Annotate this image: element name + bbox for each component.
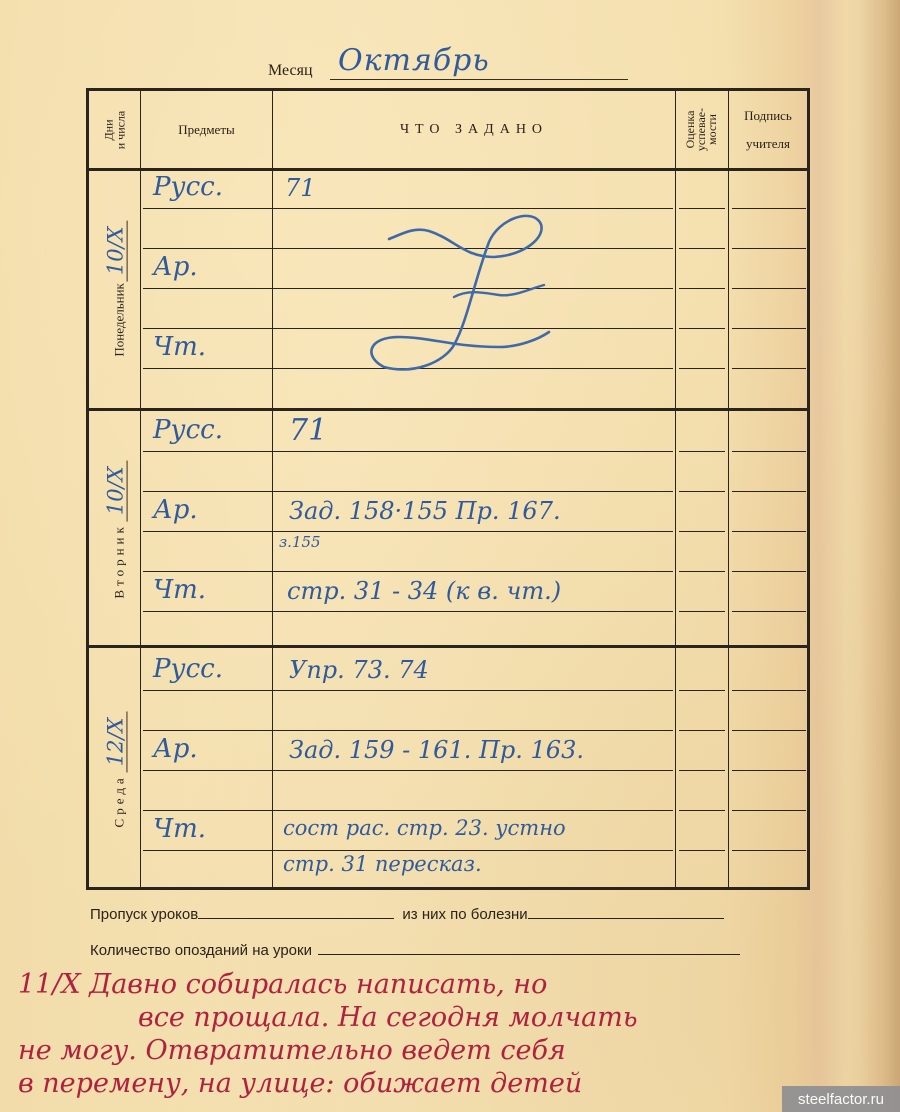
row-line (732, 288, 806, 289)
subject-russian: Русс. (153, 172, 223, 202)
row-line (679, 531, 725, 532)
header-days-line2: и числа (115, 110, 127, 149)
row-line (732, 248, 806, 249)
late-count-label: Количество опозданий на уроки (90, 942, 312, 959)
task-arithmetic: Зад. 159 - 161. Пр. 163. (289, 736, 584, 764)
row-line (732, 611, 806, 612)
row-line (679, 328, 725, 329)
day-block-wednesday: Среда 12/X Русс. Упр. 73. 74 Ар. Зад. 15… (89, 645, 807, 890)
subject-arithmetic: Ар. (153, 252, 198, 282)
missed-lessons-label: Пропуск уроков (90, 906, 198, 923)
strike-mark-icon (359, 197, 559, 377)
note-line-3: не могу. Отвратительно ведет себя (18, 1034, 898, 1067)
note-line-2: все прощала. На сегодня молчать (18, 1001, 898, 1034)
illness-field (528, 906, 724, 919)
row-line (143, 611, 673, 612)
subject-russian: Русс. (153, 415, 223, 445)
day-block-tuesday: Вторник 10/X Русс. 71 Ар. Зад. 158·155 П… (89, 408, 807, 648)
row-line (143, 690, 673, 691)
header-days: Дни и числа (89, 91, 140, 168)
header-subjects: Предметы (141, 91, 272, 168)
row-line (679, 248, 725, 249)
note-line-4: в перемену, на улице: обижает детей (18, 1067, 898, 1100)
day-name: Среда (112, 774, 128, 827)
row-line (143, 571, 673, 572)
month-value: Октябрь (338, 43, 490, 78)
task-reading-line2: стр. 31 пересказ. (283, 852, 482, 876)
row-line (679, 368, 725, 369)
row-line (679, 690, 725, 691)
task-russian: 71 (285, 174, 316, 202)
day-date: 10/X (105, 220, 128, 281)
row-line (732, 730, 806, 731)
day-cell-tuesday: Вторник 10/X (89, 411, 143, 648)
row-line (732, 328, 806, 329)
row-line (679, 850, 725, 851)
row-line (679, 730, 725, 731)
row-line (732, 571, 806, 572)
month-label: Месяц (268, 62, 313, 80)
row-line (679, 451, 725, 452)
row-line (732, 451, 806, 452)
row-line (143, 491, 673, 492)
day-name: Понедельник (112, 283, 128, 356)
month-underline (330, 79, 628, 80)
row-line (732, 368, 806, 369)
task-reading: сост рас. стр. 23. устно (283, 816, 566, 840)
subject-arithmetic: Ар. (153, 495, 198, 525)
illness-label: из них по болезни (402, 906, 527, 923)
header-signature-line2: учителя (746, 130, 790, 158)
homework-table: Дни и числа Предметы ЧТО ЗАДАНО Оценка у… (86, 88, 810, 890)
day-date: 10/X (105, 460, 128, 521)
month-field: Месяц Октябрь (268, 50, 628, 84)
task-russian: 71 (289, 413, 327, 448)
missed-lessons-row: Пропуск уроков из них по болезни (90, 906, 724, 923)
row-line (143, 810, 673, 811)
subject-russian: Русс. (153, 654, 223, 684)
row-line (732, 810, 806, 811)
missed-lessons-field (198, 906, 394, 919)
day-cell-monday: Понедельник 10/X (89, 168, 143, 408)
day-date: 12/X (105, 711, 128, 772)
row-line (732, 531, 806, 532)
subject-reading: Чт. (153, 814, 206, 844)
header-grade-line3: мости (707, 108, 718, 151)
table-header: Дни и числа Предметы ЧТО ЗАДАНО Оценка у… (89, 91, 807, 171)
row-line (679, 208, 725, 209)
subject-arithmetic: Ар. (153, 734, 198, 764)
notebook-spine (860, 0, 900, 1112)
row-line (143, 850, 673, 851)
watermark: steelfactor.ru (782, 1086, 900, 1112)
header-grade: Оценка успевае- мости (676, 91, 728, 168)
row-line (732, 850, 806, 851)
row-line (732, 770, 806, 771)
row-line (143, 451, 673, 452)
subject-reading: Чт. (153, 332, 206, 362)
teacher-note: 11/X Давно собиралась написать, но все п… (18, 968, 898, 1100)
row-line (732, 491, 806, 492)
row-line (143, 770, 673, 771)
row-line (679, 571, 725, 572)
late-count-row: Количество опозданий на уроки (90, 942, 740, 959)
task-arithmetic: Зад. 158·155 Пр. 167. (289, 497, 561, 525)
note-line-1: 11/X Давно собиралась написать, но (18, 968, 898, 1001)
row-line (679, 491, 725, 492)
day-cell-wednesday: Среда 12/X (89, 648, 143, 890)
header-signature-line1: Подпись (744, 102, 792, 130)
header-task: ЧТО ЗАДАНО (273, 91, 675, 168)
row-line (732, 690, 806, 691)
task-arithmetic-extra: з.155 (279, 533, 321, 551)
subject-reading: Чт. (153, 575, 206, 605)
day-name: Вторник (112, 523, 128, 598)
row-line (679, 288, 725, 289)
row-line (679, 810, 725, 811)
row-line (679, 770, 725, 771)
row-line (679, 611, 725, 612)
row-line (143, 730, 673, 731)
task-russian: Упр. 73. 74 (289, 656, 429, 684)
row-line (143, 531, 673, 532)
task-reading: стр. 31 - 34 (к в. чт.) (287, 577, 561, 605)
row-line (732, 208, 806, 209)
late-count-field (318, 942, 740, 955)
header-signature: Подпись учителя (729, 91, 807, 168)
